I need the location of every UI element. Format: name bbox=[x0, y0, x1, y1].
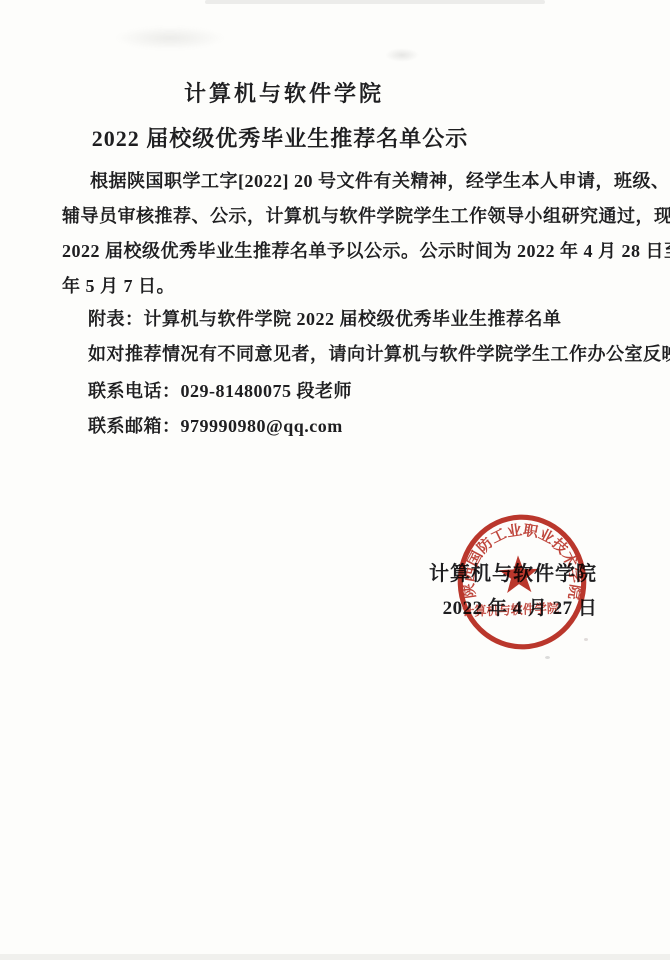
paragraph-line-3: 2022 届校级优秀毕业生推荐名单予以公示。公示时间为 2022 年 4 月 2… bbox=[62, 242, 670, 260]
document-subtitle: 2022 届校级优秀毕业生推荐名单公示 bbox=[92, 128, 469, 150]
document-title: 计算机与软件学院 bbox=[184, 83, 384, 105]
scan-artifact-bottom-edge bbox=[0, 954, 670, 960]
seal-inner-text: 计算机与软件学院 bbox=[462, 601, 559, 619]
seal-ring-text: 陕西国防工业职业技术学院 bbox=[457, 519, 586, 605]
star-icon bbox=[498, 555, 538, 594]
scan-artifact-smudge bbox=[385, 48, 419, 62]
official-seal: 陕西国防工业职业技术学院 计算机与软件学院 bbox=[448, 508, 597, 657]
paragraph-line-2: 辅导员审核推荐、公示，计算机与软件学院学生工作领导小组研究通过，现将 bbox=[62, 207, 670, 225]
feedback-line: 如对推荐情况有不同意见者，请向计算机与软件学院学生工作办公室反映。 bbox=[88, 345, 670, 363]
attachment-line: 附表：计算机与软件学院 2022 届校级优秀毕业生推荐名单 bbox=[88, 310, 562, 328]
scan-artifact-top-streak bbox=[205, 0, 545, 4]
scanned-document-page: 计算机与软件学院 2022 届校级优秀毕业生推荐名单公示 根据陕国职学工字[20… bbox=[0, 0, 670, 960]
contact-phone-line: 联系电话：029-81480075 段老师 bbox=[88, 382, 352, 400]
contact-email-line: 联系邮箱：979990980@qq.com bbox=[88, 417, 343, 435]
scan-artifact-smudge bbox=[115, 26, 225, 50]
paragraph-line-4: 年 5 月 7 日。 bbox=[62, 277, 175, 295]
paragraph-line-1: 根据陕国职学工字[2022] 20 号文件有关精神，经学生本人申请，班级、 bbox=[62, 172, 670, 190]
scan-artifact-speck bbox=[545, 656, 550, 659]
